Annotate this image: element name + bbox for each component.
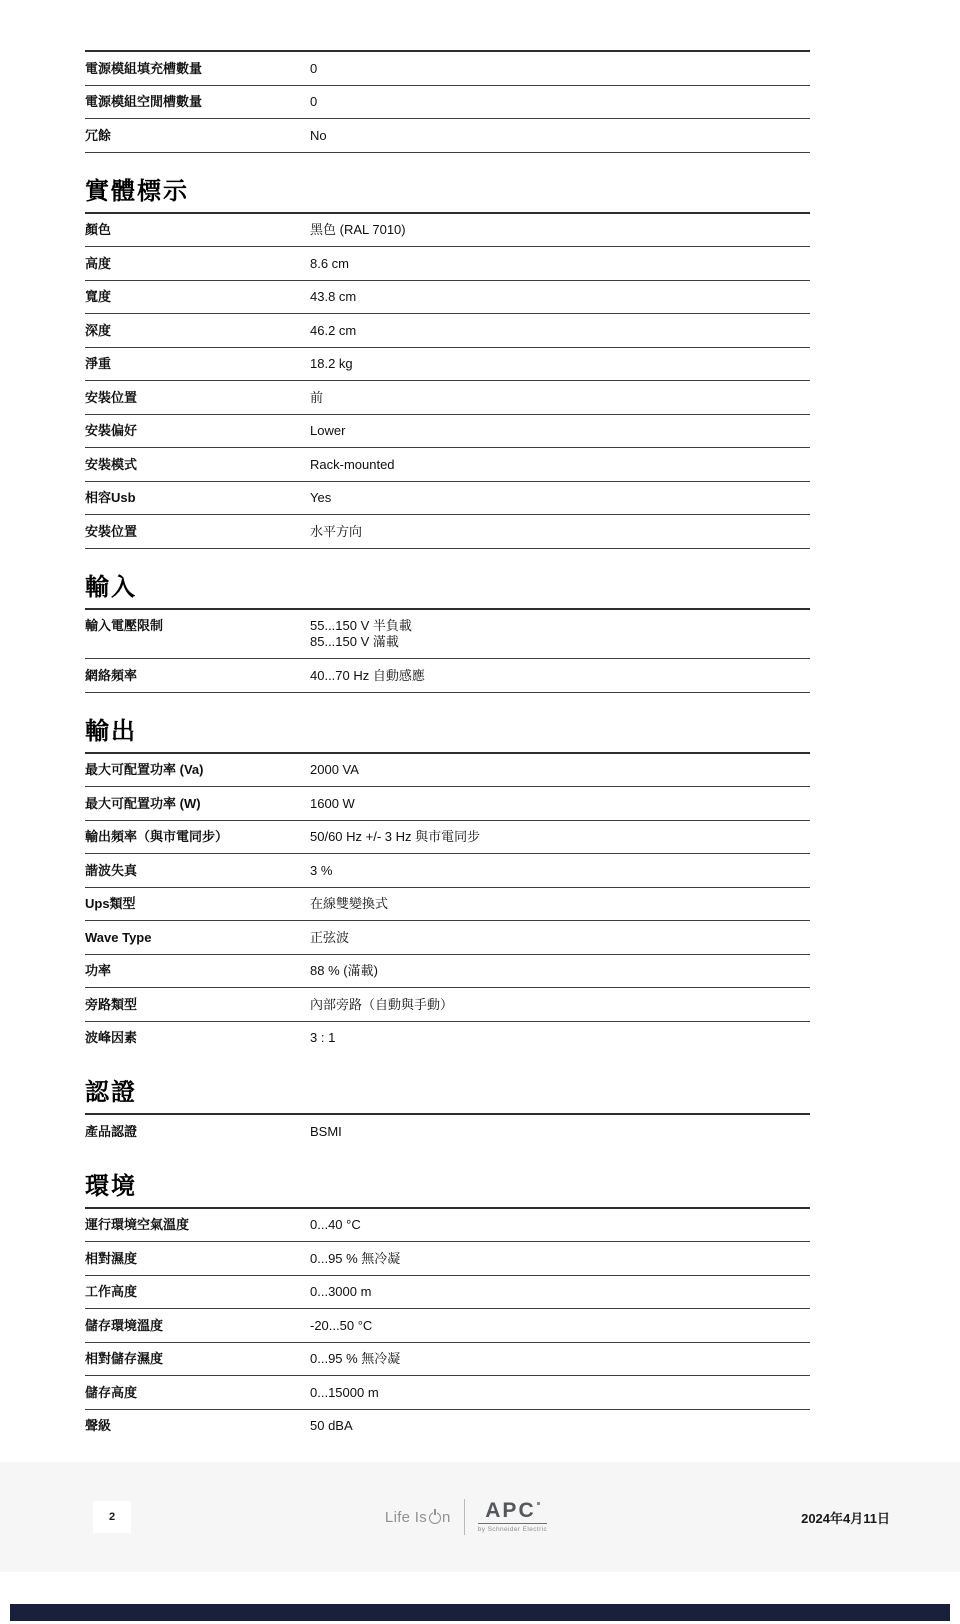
spec-row: 寬度43.8 cm xyxy=(85,281,810,315)
spec-row-value-line: 85...150 V 滿載 xyxy=(310,634,412,650)
spec-row: 冗餘No xyxy=(85,119,810,153)
spec-row: 工作高度0...3000 m xyxy=(85,1276,810,1310)
spec-row-label: 輸入電壓限制 xyxy=(85,618,310,634)
spec-row-value: 50 dBA xyxy=(310,1418,353,1434)
section-table: 最大可配置功率 (Va)2000 VA最大可配置功率 (W)1600 W輸出頻率… xyxy=(85,754,810,1055)
section-environment: 環境運行環境空氣溫度0...40 °C相對濕度0...95 % 無冷凝工作高度0… xyxy=(85,1172,810,1443)
spec-row-label: 功率 xyxy=(85,963,310,979)
schneider-byline: by Schneider Electric xyxy=(478,1523,547,1534)
spec-row-label: 相對濕度 xyxy=(85,1251,310,1267)
spec-row-label: 安裝位置 xyxy=(85,390,310,406)
spec-row-value: 40...70 Hz 自動感應 xyxy=(310,668,425,684)
section-table: 輸入電壓限制55...150 V 半負載85...150 V 滿載網絡頻率40.… xyxy=(85,610,810,693)
spec-row-value-line: 黑色 (RAL 7010) xyxy=(310,222,406,238)
spec-row: 運行環境空氣溫度0...40 °C xyxy=(85,1209,810,1243)
spec-row-value: 50/60 Hz +/- 3 Hz 與市電同步 xyxy=(310,829,480,845)
spec-row-value-line: 0...95 % 無冷凝 xyxy=(310,1251,400,1267)
spec-page: 電源模組填充槽數量0電源模組空閒槽數量0冗餘No實體標示顏色黑色 (RAL 70… xyxy=(0,0,960,1624)
spec-row-value: 0...40 °C xyxy=(310,1217,361,1233)
section-title: 輸入 xyxy=(85,573,810,610)
spec-row-value-line: 88 % (滿載) xyxy=(310,963,378,979)
spec-row-value: 43.8 cm xyxy=(310,289,356,305)
spec-row-value-line: 40...70 Hz 自動感應 xyxy=(310,668,425,684)
spec-row-value-line: 8.6 cm xyxy=(310,256,349,272)
spec-row-value-line: 18.2 kg xyxy=(310,356,353,372)
spec-row: 聲級50 dBA xyxy=(85,1410,810,1443)
spec-row-value-line: 50/60 Hz +/- 3 Hz 與市電同步 xyxy=(310,829,480,845)
spec-row: Ups類型在線雙變換式 xyxy=(85,888,810,922)
spec-row-value-line: 正弦波 xyxy=(310,930,349,946)
spec-row-value: Rack-mounted xyxy=(310,457,395,473)
spec-row-label: 網絡頻率 xyxy=(85,668,310,684)
spec-row: 相對濕度0...95 % 無冷凝 xyxy=(85,1242,810,1276)
section-input: 輸入輸入電壓限制55...150 V 半負載85...150 V 滿載網絡頻率4… xyxy=(85,573,810,693)
spec-row-value: 水平方向 xyxy=(310,524,362,540)
spec-row-value-line: 水平方向 xyxy=(310,524,362,540)
spec-row: 波峰因素3 : 1 xyxy=(85,1022,810,1055)
spec-row-label: 波峰因素 xyxy=(85,1030,310,1046)
spec-row: 淨重18.2 kg xyxy=(85,348,810,382)
spec-row-label: Wave Type xyxy=(85,930,310,946)
spec-row-value: 在線雙變換式 xyxy=(310,896,388,912)
spec-row-label: 高度 xyxy=(85,256,310,272)
spec-row-value: No xyxy=(310,128,327,144)
spec-row-value-line: 0...15000 m xyxy=(310,1385,379,1401)
spec-row-value-line: 0 xyxy=(310,94,317,110)
spec-row: 諧波失真3 % xyxy=(85,854,810,888)
spec-row-value-line: 內部旁路（自動與手動） xyxy=(310,997,453,1013)
spec-row: 儲存環境溫度-20...50 °C xyxy=(85,1309,810,1343)
spec-content: 電源模組填充槽數量0電源模組空閒槽數量0冗餘No實體標示顏色黑色 (RAL 70… xyxy=(85,0,810,1442)
section-output: 輸出最大可配置功率 (Va)2000 VA最大可配置功率 (W)1600 W輸出… xyxy=(85,717,810,1055)
spec-row-value: 0...95 % 無冷凝 xyxy=(310,1251,400,1267)
spec-row-value-line: 0 xyxy=(310,61,317,77)
spec-row-value: 黑色 (RAL 7010) xyxy=(310,222,406,238)
spec-row-value-line: 3 : 1 xyxy=(310,1030,335,1046)
spec-row-label: 聲級 xyxy=(85,1418,310,1434)
section-table: 顏色黑色 (RAL 7010)高度8.6 cm寬度43.8 cm深度46.2 c… xyxy=(85,214,810,549)
bottom-navy-bar xyxy=(10,1604,950,1621)
spec-row-label: 最大可配置功率 (W) xyxy=(85,796,310,812)
spec-row: 功率88 % (滿載) xyxy=(85,955,810,989)
brand-lockup: Life Is n APC by Schneider Electric xyxy=(385,1499,547,1535)
spec-row-value-line: Lower xyxy=(310,423,345,439)
spec-row-value-line: Rack-mounted xyxy=(310,457,395,473)
spec-row-label: 儲存高度 xyxy=(85,1385,310,1401)
spec-row-value-line: Yes xyxy=(310,490,331,506)
spec-row-label: 淨重 xyxy=(85,356,310,372)
brand-divider xyxy=(464,1499,465,1535)
spec-row-value: Lower xyxy=(310,423,345,439)
spec-row: 顏色黑色 (RAL 7010) xyxy=(85,214,810,248)
spec-row-label: 旁路類型 xyxy=(85,997,310,1013)
section-title: 環境 xyxy=(85,1172,810,1209)
section-title: 認證 xyxy=(85,1078,810,1115)
spec-row: 最大可配置功率 (W)1600 W xyxy=(85,787,810,821)
spec-row-value-line: -20...50 °C xyxy=(310,1318,372,1334)
spec-row-value: 8.6 cm xyxy=(310,256,349,272)
spec-row: 輸入電壓限制55...150 V 半負載85...150 V 滿載 xyxy=(85,610,810,660)
spec-row-value-line: 46.2 cm xyxy=(310,323,356,339)
section-table: 產品認證BSMI xyxy=(85,1115,810,1148)
page-number-box: 2 xyxy=(93,1501,131,1533)
spec-row-value: -20...50 °C xyxy=(310,1318,372,1334)
spec-row-value: 46.2 cm xyxy=(310,323,356,339)
spec-row-value: 0 xyxy=(310,61,317,77)
spec-row-value: 18.2 kg xyxy=(310,356,353,372)
spec-row-value: 內部旁路（自動與手動） xyxy=(310,997,453,1013)
spec-row-label: 安裝模式 xyxy=(85,457,310,473)
spec-row-label: 電源模組空閒槽數量 xyxy=(85,94,310,110)
spec-row: 相容UsbYes xyxy=(85,482,810,516)
spec-row-label: 輸出頻率（與市電同步） xyxy=(85,829,310,845)
spec-row-value-line: 55...150 V 半負載 xyxy=(310,618,412,634)
spec-row-value: 正弦波 xyxy=(310,930,349,946)
spec-row-label: 電源模組填充槽數量 xyxy=(85,61,310,77)
spec-row-value-line: 0...40 °C xyxy=(310,1217,361,1233)
section-title: 實體標示 xyxy=(85,177,810,214)
section-physical: 實體標示顏色黑色 (RAL 7010)高度8.6 cm寬度43.8 cm深度46… xyxy=(85,177,810,549)
spec-row-value: 3 % xyxy=(310,863,332,879)
spec-row: 最大可配置功率 (Va)2000 VA xyxy=(85,754,810,788)
spec-row-label: 相容Usb xyxy=(85,490,310,506)
page-footer: 2 Life Is n APC by Schneider Electric 20… xyxy=(0,1462,960,1572)
spec-row-value: 88 % (滿載) xyxy=(310,963,378,979)
spec-row: 深度46.2 cm xyxy=(85,314,810,348)
spec-row-label: 深度 xyxy=(85,323,310,339)
page-number: 2 xyxy=(109,1511,115,1523)
spec-row-value: 3 : 1 xyxy=(310,1030,335,1046)
spec-row-label: Ups類型 xyxy=(85,896,310,912)
section-certifications: 認證產品認證BSMI xyxy=(85,1078,810,1148)
spec-row: 安裝模式Rack-mounted xyxy=(85,448,810,482)
spec-row-label: 顏色 xyxy=(85,222,310,238)
apc-wordmark: APC xyxy=(485,1501,535,1521)
spec-row: 安裝偏好Lower xyxy=(85,415,810,449)
spec-row-value-line: 前 xyxy=(310,390,323,406)
spec-row-value: 2000 VA xyxy=(310,762,359,778)
spec-row-label: 諧波失真 xyxy=(85,863,310,879)
spec-row-value: 55...150 V 半負載85...150 V 滿載 xyxy=(310,618,412,650)
spec-row-label: 安裝偏好 xyxy=(85,423,310,439)
apc-trademark-mark xyxy=(537,1502,540,1505)
life-is-on-prefix: Life Is xyxy=(385,1509,427,1526)
spec-row: 安裝位置前 xyxy=(85,381,810,415)
spec-row-value: 前 xyxy=(310,390,323,406)
spec-row-value-line: 0...95 % 無冷凝 xyxy=(310,1351,400,1367)
spec-row: 高度8.6 cm xyxy=(85,247,810,281)
spec-row-label: 相對儲存濕度 xyxy=(85,1351,310,1367)
spec-row: 儲存高度0...15000 m xyxy=(85,1376,810,1410)
spec-row-label: 最大可配置功率 (Va) xyxy=(85,762,310,778)
spec-row-label: 冗餘 xyxy=(85,128,310,144)
spec-row: Wave Type正弦波 xyxy=(85,921,810,955)
life-is-on-text: Life Is n xyxy=(385,1509,451,1526)
spec-row-value-line: No xyxy=(310,128,327,144)
spec-row-label: 安裝位置 xyxy=(85,524,310,540)
apc-logo: APC by Schneider Electric xyxy=(478,1501,547,1534)
apc-wordmark-row: APC xyxy=(485,1501,539,1521)
power-icon xyxy=(429,1512,441,1524)
spec-row: 輸出頻率（與市電同步）50/60 Hz +/- 3 Hz 與市電同步 xyxy=(85,821,810,855)
spec-row: 旁路類型內部旁路（自動與手動） xyxy=(85,988,810,1022)
spec-row-value-line: 1600 W xyxy=(310,796,355,812)
spec-row-value-line: 在線雙變換式 xyxy=(310,896,388,912)
spec-row-value: Yes xyxy=(310,490,331,506)
spec-row-value: 0...3000 m xyxy=(310,1284,371,1300)
spec-row: 產品認證BSMI xyxy=(85,1115,810,1148)
spec-row-value-line: BSMI xyxy=(310,1124,342,1140)
spec-row-value-line: 50 dBA xyxy=(310,1418,353,1434)
section-table: 運行環境空氣溫度0...40 °C相對濕度0...95 % 無冷凝工作高度0..… xyxy=(85,1209,810,1443)
spec-row-value-line: 0...3000 m xyxy=(310,1284,371,1300)
spec-row-label: 儲存環境溫度 xyxy=(85,1318,310,1334)
spec-row: 安裝位置水平方向 xyxy=(85,515,810,549)
section-title: 輸出 xyxy=(85,717,810,754)
spec-row: 電源模組填充槽數量0 xyxy=(85,52,810,86)
spec-row: 相對儲存濕度0...95 % 無冷凝 xyxy=(85,1343,810,1377)
spec-row-value: 0 xyxy=(310,94,317,110)
spec-row-value-line: 43.8 cm xyxy=(310,289,356,305)
spec-row-label: 運行環境空氣溫度 xyxy=(85,1217,310,1233)
continuation-table: 電源模組填充槽數量0電源模組空閒槽數量0冗餘No xyxy=(85,50,810,153)
footer-date: 2024年4月11日 xyxy=(801,1508,890,1527)
spec-row-label: 產品認證 xyxy=(85,1124,310,1140)
spec-row-value: 0...95 % 無冷凝 xyxy=(310,1351,400,1367)
spec-row: 電源模組空閒槽數量0 xyxy=(85,86,810,120)
spec-row-value-line: 3 % xyxy=(310,863,332,879)
spec-row: 網絡頻率40...70 Hz 自動感應 xyxy=(85,659,810,693)
spec-row-value: BSMI xyxy=(310,1124,342,1140)
spec-row-value-line: 2000 VA xyxy=(310,762,359,778)
life-is-on-suffix: n xyxy=(442,1509,451,1526)
spec-row-value: 0...15000 m xyxy=(310,1385,379,1401)
spec-row-value: 1600 W xyxy=(310,796,355,812)
spec-row-label: 工作高度 xyxy=(85,1284,310,1300)
spec-row-label: 寬度 xyxy=(85,289,310,305)
